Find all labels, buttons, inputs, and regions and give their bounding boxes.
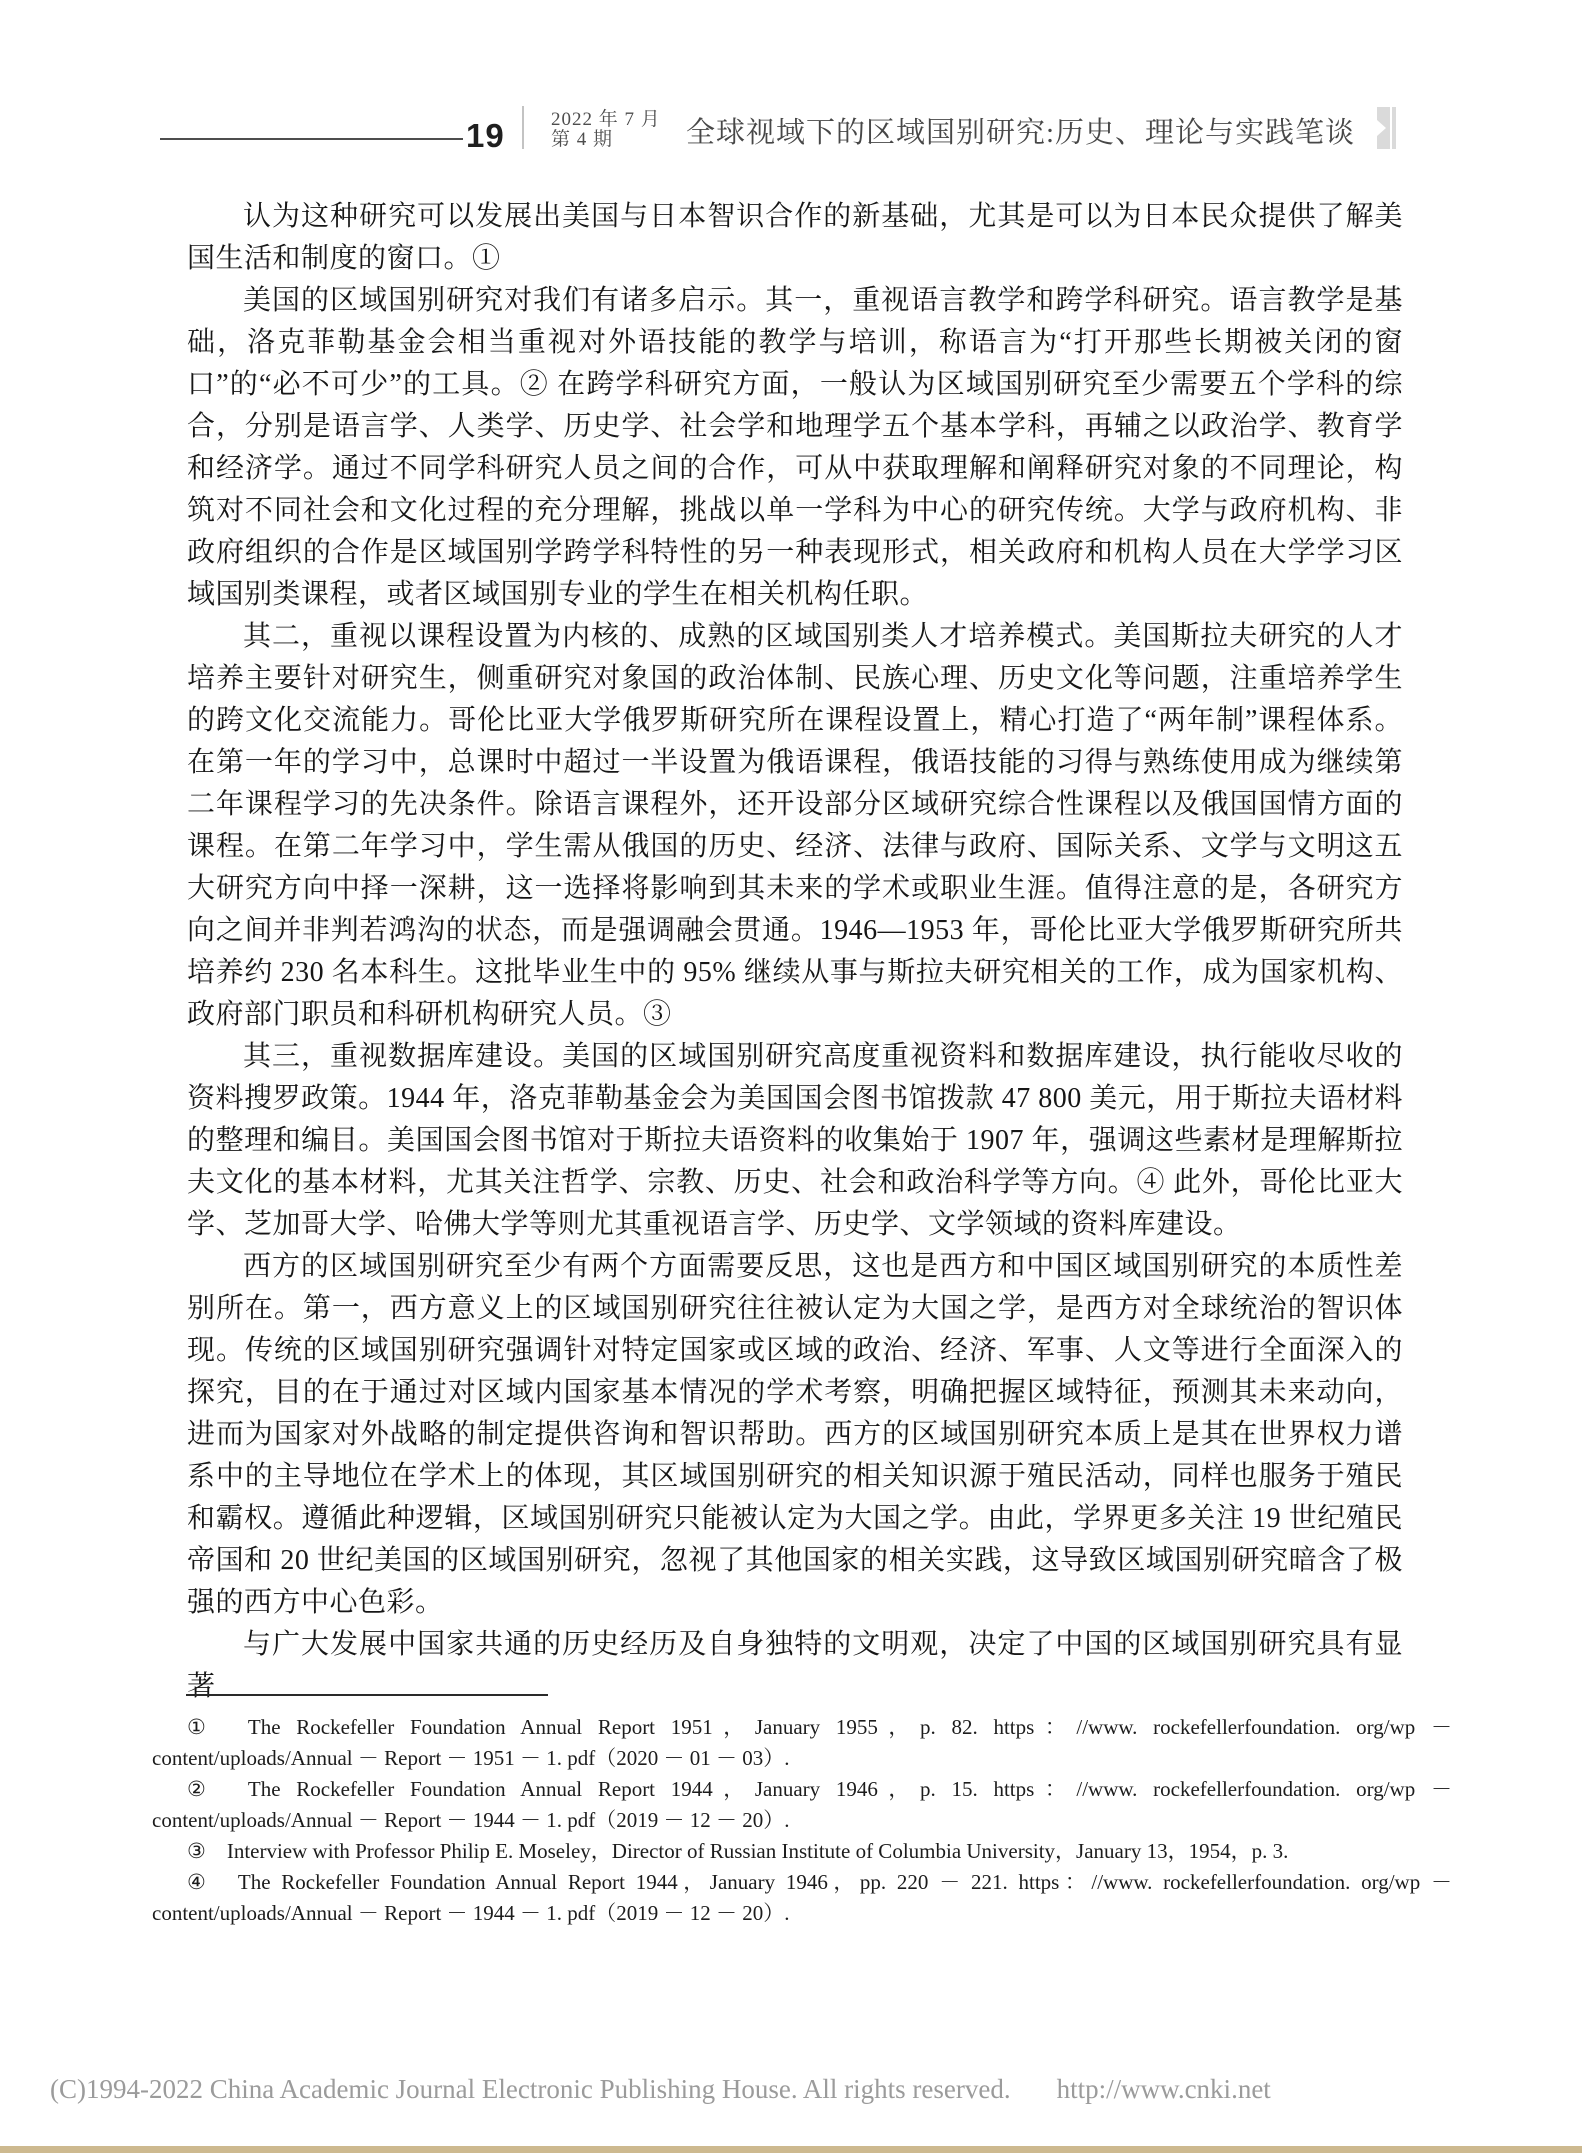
chevron-decoration-icon (1377, 107, 1390, 149)
bottom-accent-bar (0, 2146, 1582, 2153)
body-paragraph: 其三，重视数据库建设。美国的区域国别研究高度重视资料和数据库建设，执行能收尽收的… (187, 1036, 1403, 1246)
header-rule (160, 138, 463, 140)
header-divider (522, 106, 524, 149)
chevron-arrow-icon (1377, 120, 1386, 136)
footnotes: ① The Rockefeller Foundation Annual Repo… (152, 1712, 1452, 1929)
body-paragraph: 西方的区域国别研究至少有两个方面需要反思，这也是西方和中国区域国别研究的本质性差… (187, 1246, 1403, 1624)
issue-info: 2022 年 7 月 第 4 期 (551, 110, 661, 149)
footer-copyright: (C)1994-2022 China Academic Journal Elec… (50, 2074, 1011, 2104)
issue-number: 第 4 期 (551, 130, 661, 149)
article-body: 认为这种研究可以发展出美国与日本智识合作的新基础，尤其是可以为日本民众提供了解美… (187, 196, 1403, 1708)
body-paragraph: 美国的区域国别研究对我们有诸多启示。其一，重视语言教学和跨学科研究。语言教学是基… (187, 280, 1403, 616)
page-title: 全球视域下的区域国别研究:历史、理论与实践笔谈 (686, 117, 1355, 149)
footnote-item: ③ Interview with Professor Philip E. Mos… (152, 1836, 1452, 1867)
footnote-item: ④ The Rockefeller Foundation Annual Repo… (152, 1867, 1452, 1929)
footnote-separator (186, 1694, 548, 1696)
journal-page: 19 2022 年 7 月 第 4 期 全球视域下的区域国别研究:历史、理论与实… (0, 0, 1582, 2153)
body-paragraph: 其二，重视以课程设置为内核的、成熟的区域国别类人才培养模式。美国斯拉夫研究的人才… (187, 616, 1403, 1036)
chevron-stripe (1392, 107, 1396, 149)
footer-url: http://www.cnki.net (1057, 2074, 1271, 2104)
footnote-item: ① The Rockefeller Foundation Annual Repo… (152, 1712, 1452, 1774)
footer: (C)1994-2022 China Academic Journal Elec… (50, 2074, 1540, 2104)
footnote-item: ② The Rockefeller Foundation Annual Repo… (152, 1774, 1452, 1836)
body-paragraph: 认为这种研究可以发展出美国与日本智识合作的新基础，尤其是可以为日本民众提供了解美… (187, 196, 1403, 280)
issue-date: 2022 年 7 月 (551, 109, 661, 130)
page-number: 19 (466, 119, 505, 152)
